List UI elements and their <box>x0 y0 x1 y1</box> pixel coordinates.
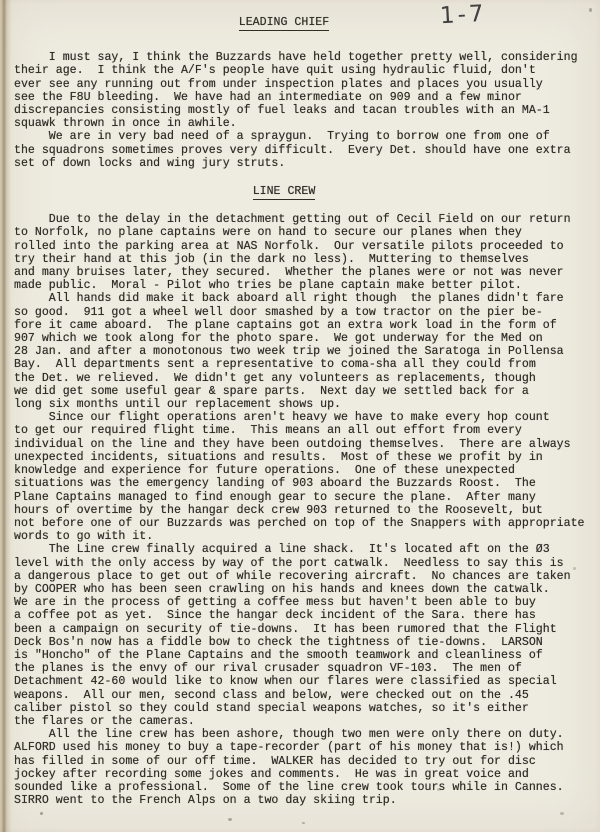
document-sections: LEADING CHIEF I must say, I think the Bu… <box>14 16 594 807</box>
document-body: LEADING CHIEF I must say, I think the Bu… <box>14 16 594 807</box>
paragraph: We are in very bad need of a spraygun. T… <box>14 130 594 170</box>
paragraph: All the line crew has been ashore, thoug… <box>14 728 594 807</box>
paper-speck <box>40 812 43 815</box>
paper-speck <box>228 818 232 821</box>
paragraph: I must say, I think the Buzzards have he… <box>14 51 594 130</box>
section-paragraphs: Due to the delay in the detachment getti… <box>14 213 594 807</box>
section-heading: LINE CREW <box>14 185 554 200</box>
paper-speck <box>302 822 305 824</box>
handwritten-page-number: 1-7 <box>439 1 487 29</box>
section-paragraphs: I must say, I think the Buzzards have he… <box>14 51 594 170</box>
paragraph: The Line crew finally acquired a line sh… <box>14 543 594 728</box>
document-section: LINE CREW Due to the delay in the detach… <box>14 185 594 807</box>
paragraph: All hands did make it back aboard all ri… <box>14 292 594 411</box>
scanned-document-page: 1-7 LEADING CHIEF I must say, I think th… <box>0 0 600 832</box>
paragraph: Since our flight operations aren't heavy… <box>14 411 594 543</box>
paragraph: Due to the delay in the detachment getti… <box>14 213 594 292</box>
paper-speck <box>560 812 564 815</box>
document-section: LEADING CHIEF I must say, I think the Bu… <box>14 16 594 170</box>
paper-speck <box>589 8 592 12</box>
